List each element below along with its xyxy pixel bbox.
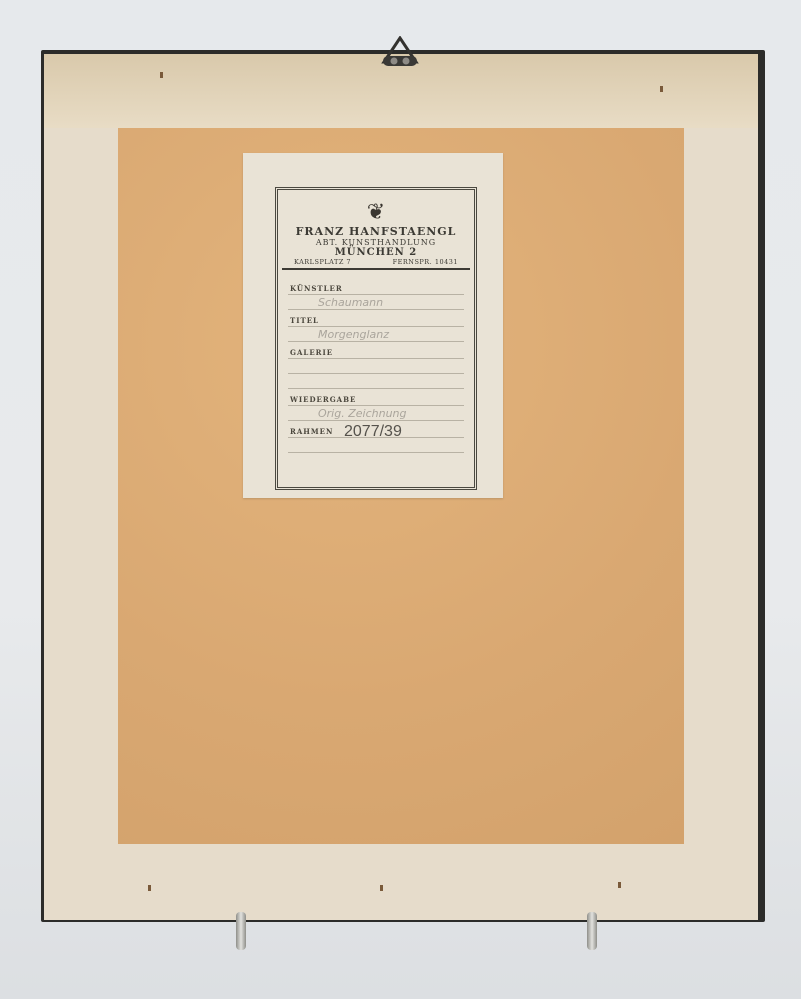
nail <box>660 86 663 92</box>
field-label: KÜNSTLER <box>290 284 343 293</box>
field-title-value: Morgenglanz <box>288 327 464 342</box>
field-artist: KÜNSTLER <box>288 278 464 295</box>
address: KARLSPLATZ 7 <box>294 258 351 266</box>
field-blank <box>288 438 464 453</box>
field-label: GALERIE <box>290 348 333 357</box>
field-frame: RAHMEN 2077/39 <box>288 421 464 438</box>
handwritten-value: Schaumann <box>318 296 383 309</box>
handwritten-value: Orig. Zeichnung <box>318 407 407 420</box>
address-line: KARLSPLATZ 7 FERNSPR. 10431 <box>282 258 470 270</box>
field-blank <box>288 359 464 374</box>
nail <box>148 885 151 891</box>
field-gallery: GALERIE <box>288 342 464 359</box>
field-title: TITEL <box>288 310 464 327</box>
field-reproduction: WIEDERGABE <box>288 389 464 406</box>
department: ABT. KUNSTHANDLUNG <box>278 238 474 247</box>
stand-foot-right <box>587 912 597 950</box>
field-label: TITEL <box>290 316 319 325</box>
phone: FERNSPR. 10431 <box>393 258 458 266</box>
field-reproduction-value: Orig. Zeichnung <box>288 406 464 421</box>
field-label: RAHMEN <box>290 427 333 436</box>
field-label: WIEDERGABE <box>290 395 356 404</box>
handwritten-value: Morgenglanz <box>318 328 389 341</box>
nail <box>618 882 621 888</box>
hanger-icon <box>378 36 422 68</box>
nail <box>160 72 163 78</box>
city: MÜNCHEN 2 <box>278 247 474 258</box>
field-blank <box>288 374 464 389</box>
nail <box>380 885 383 891</box>
stand-foot-left <box>236 912 246 950</box>
firm-name: FRANZ HANFSTAENGL <box>278 225 474 238</box>
gallery-label: ❦ FRANZ HANFSTAENGL ABT. KUNSTHANDLUNG M… <box>243 153 503 498</box>
field-artist-value: Schaumann <box>288 295 464 310</box>
monogram-icon: ❦ <box>278 200 474 225</box>
